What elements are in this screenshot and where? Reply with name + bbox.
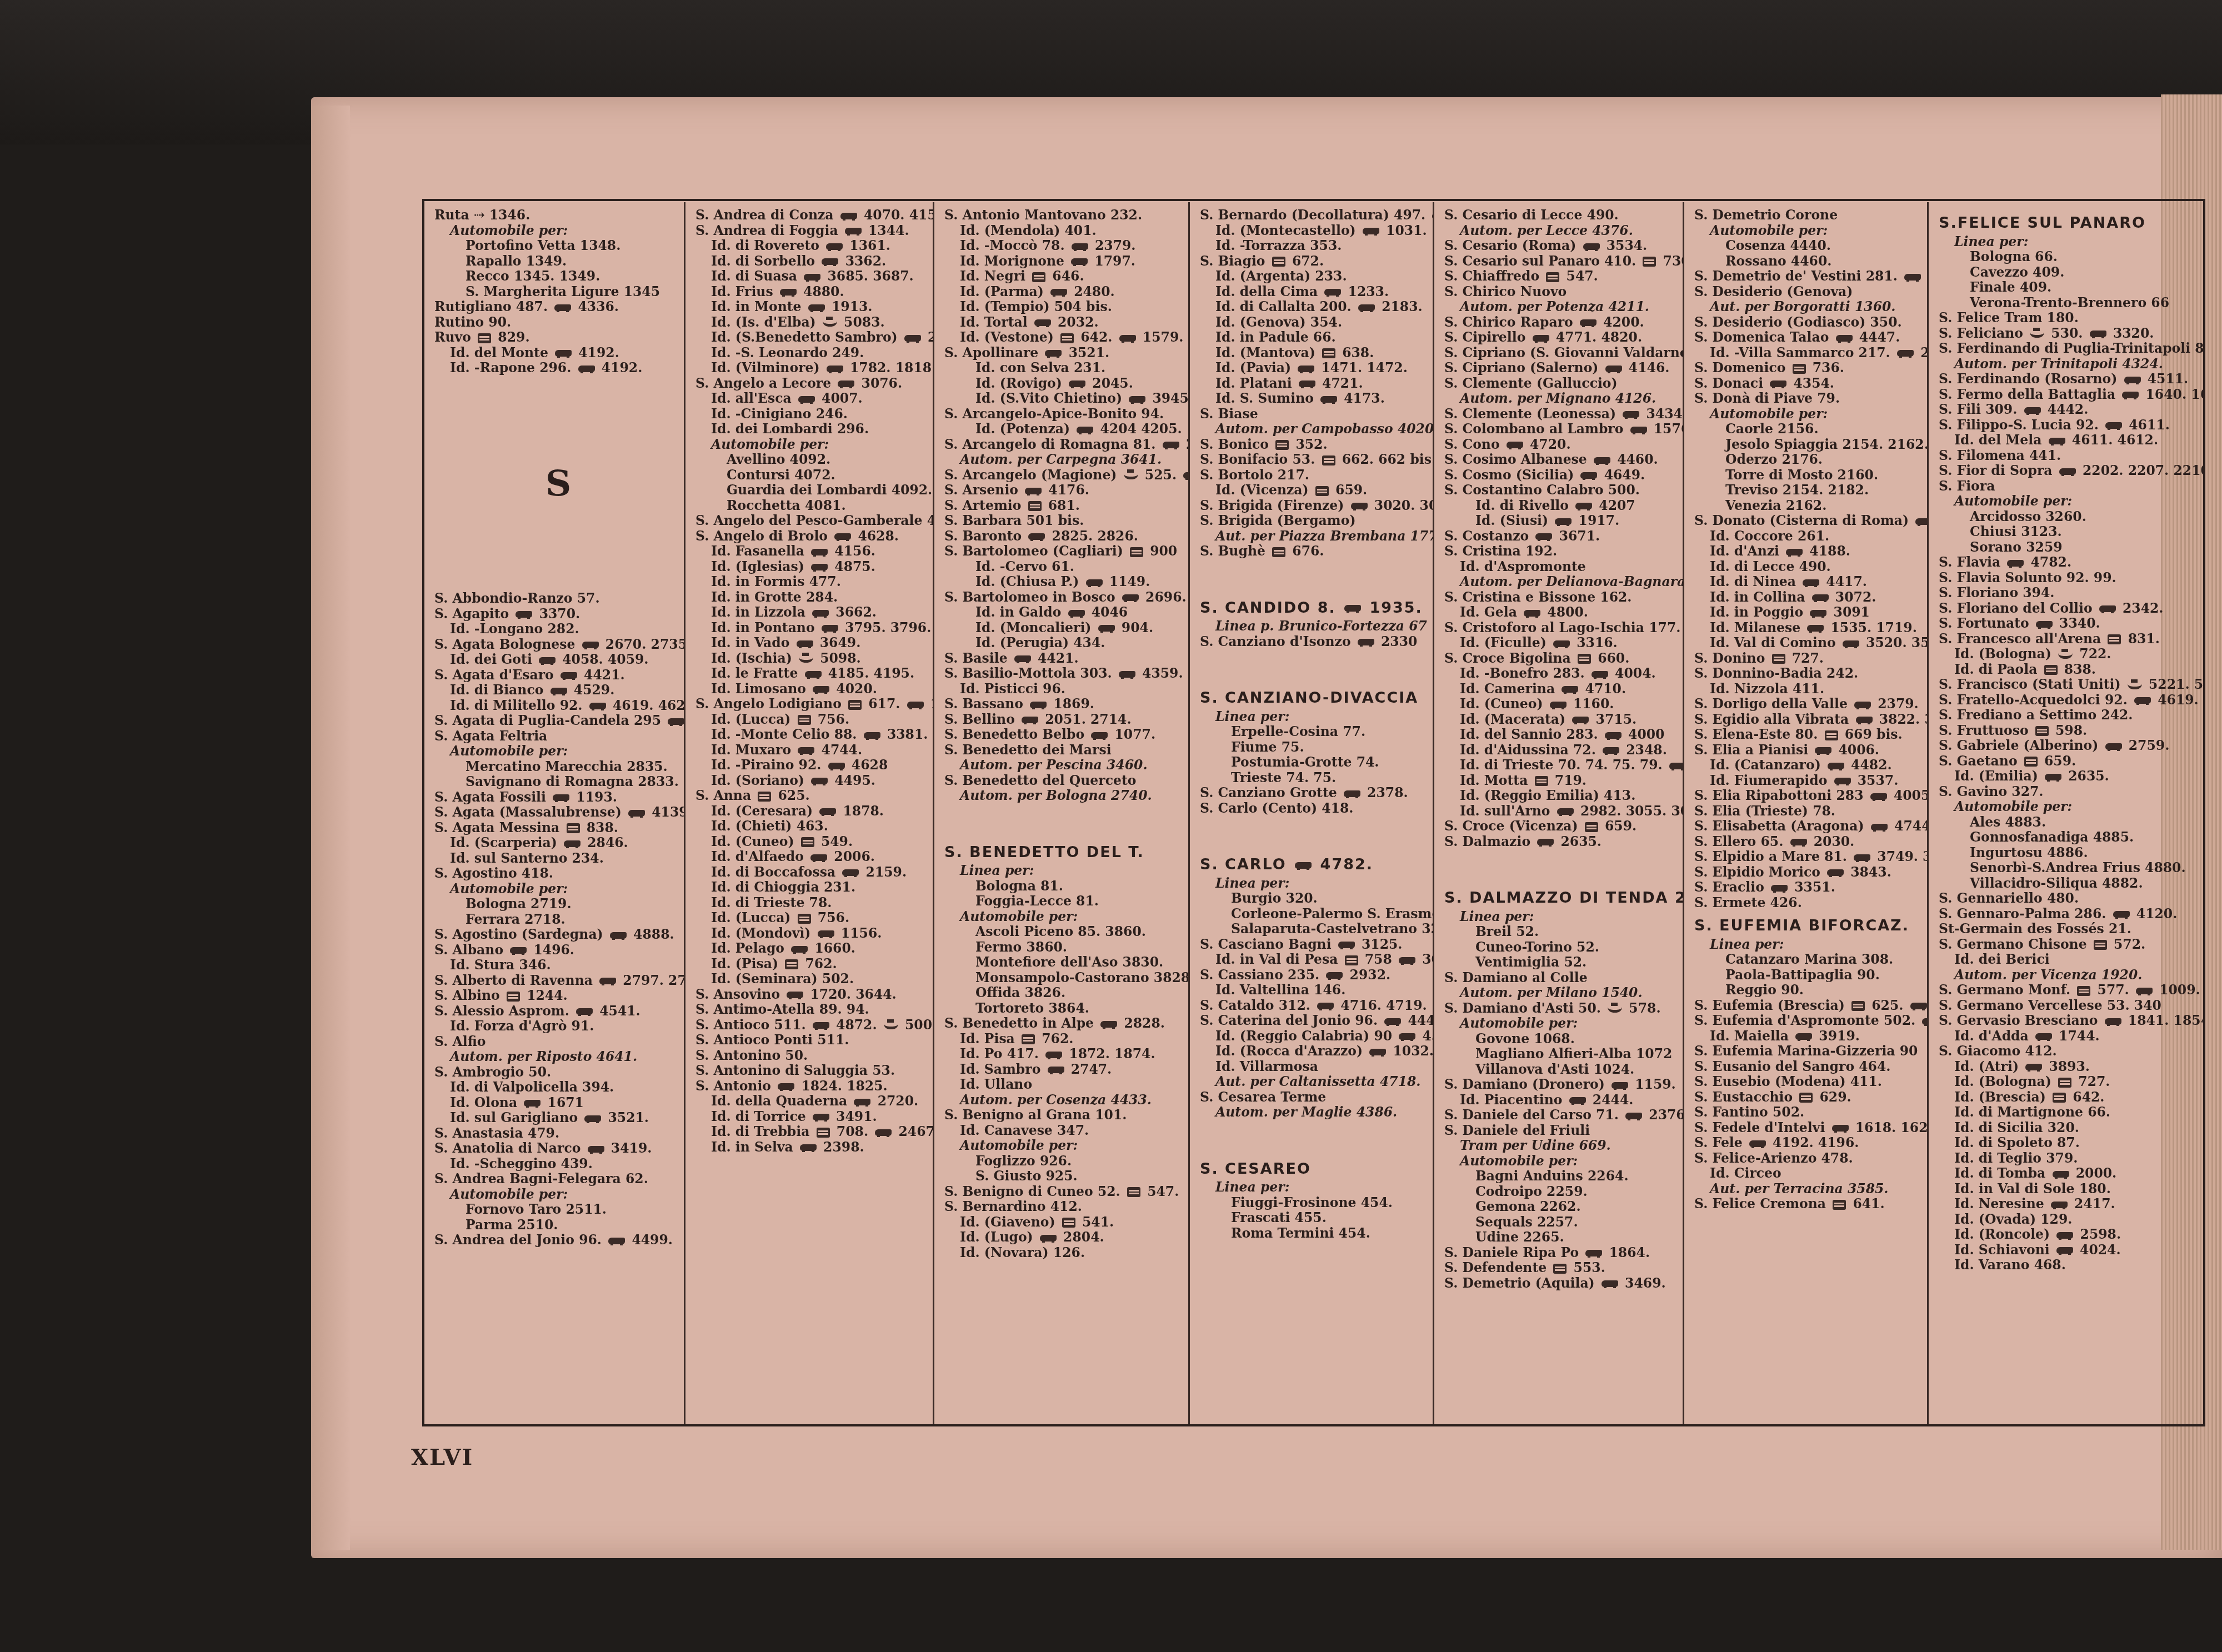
index-entry: Id. (Lugo) 2804. xyxy=(944,1230,1180,1245)
index-entry: Govone 1068. xyxy=(1444,1032,1675,1047)
automobile-icon xyxy=(1358,639,1374,645)
index-entry: Id. -Torrazza 353. xyxy=(1200,238,1425,254)
index-entry: S. Biagio 672. xyxy=(1200,254,1425,269)
index-entry: S. Casciano Bagni 3125. xyxy=(1200,937,1425,953)
index-entry: Id. (Vicenza) 659. xyxy=(1200,483,1425,498)
index-entry: S. Canziano d'Isonzo 2330 xyxy=(1200,634,1425,650)
index-entry: Id. Olona 1671 xyxy=(434,1095,676,1111)
automobile-icon xyxy=(1091,732,1108,739)
automobile-icon xyxy=(2056,1232,2073,1239)
index-entry: S. Bartolomeo (Cagliari) 900 xyxy=(944,544,1180,559)
automobile-icon xyxy=(813,1114,829,1120)
index-entry: S. Brigida (Firenze) 3020. 3022. xyxy=(1200,498,1425,514)
index-entry: Cosenza 4440. xyxy=(1694,238,1919,254)
tram-icon xyxy=(1799,1093,1813,1103)
automobile-icon xyxy=(588,1146,604,1153)
automobile-icon xyxy=(1086,579,1103,586)
automobile-icon xyxy=(555,350,572,357)
index-entry: S. Ellero 65. 2030. xyxy=(1694,834,1919,850)
index-entry: S. Bartolomeo in Bosco 2696. 2716. 2723 xyxy=(944,590,1180,605)
index-entry: Villanova d'Asti 1024. xyxy=(1444,1062,1675,1078)
automobile-icon xyxy=(1069,381,1085,387)
index-entry: Id. in Galdo 4046 xyxy=(944,605,1180,620)
automobile-icon xyxy=(2105,743,2122,750)
index-entry: Ruta ⇢ 1346. xyxy=(434,208,676,223)
tram-icon xyxy=(1032,272,1045,282)
index-entry: Id. dei Lombardi 296. xyxy=(695,422,925,437)
index-entry: S. Albano 1496. xyxy=(434,943,676,958)
index-entry: Id. -Piraino 92. 4628 xyxy=(695,758,925,773)
index-entry: Id. (Giaveno) 541. xyxy=(944,1215,1180,1230)
automobile-icon xyxy=(2036,621,2053,628)
index-entry: Id. (Soriano) 4495. xyxy=(695,773,925,789)
automobile-icon xyxy=(840,213,857,219)
index-entry: S. Elpidio Morico 3843. xyxy=(1694,865,1919,880)
index-entry: S. Canziano Grotte 2378. xyxy=(1200,785,1425,801)
automobile-icon xyxy=(1749,1140,1766,1147)
index-entry: Id. in Pontano 3795. 3796. xyxy=(695,620,925,636)
automobile-icon xyxy=(1535,533,1552,540)
index-entry: Breil 52. xyxy=(1444,924,1675,940)
connection-label: Linea per: xyxy=(1200,876,1425,892)
automobile-icon xyxy=(2136,988,2153,994)
index-entry: S. Bernardino 412. xyxy=(944,1199,1180,1215)
index-entry: S. Andrea del Jonio 96. 4499. xyxy=(434,1233,676,1248)
automobile-icon xyxy=(1770,381,1786,387)
tram-icon xyxy=(567,823,580,833)
automobile-icon xyxy=(1045,1052,1062,1058)
index-entry: Id. Nizzola 411. xyxy=(1694,682,1919,697)
index-entry: Id. (Chieti) 463. xyxy=(695,819,925,834)
ship-icon xyxy=(2030,330,2044,338)
index-entry: S. Cono 4720. xyxy=(1444,437,1675,453)
index-entry: Id. Frius 4880. xyxy=(695,284,925,300)
connection-label: Automobile per: xyxy=(1939,494,2196,509)
index-entry: Id. (S.Benedetto Sambro) 2749. xyxy=(695,330,925,346)
index-entry: Id. d'Adda 1744. xyxy=(1939,1029,2196,1044)
index-entry: Id. (Montecastello) 1031. xyxy=(1200,223,1425,239)
index-entry: Sorano 3259 xyxy=(1939,540,2196,555)
index-entry: Id. Camerina 4710. xyxy=(1444,682,1675,697)
automobile-icon xyxy=(2134,697,2151,704)
tram-icon xyxy=(798,715,811,725)
automobile-icon xyxy=(2059,468,2076,475)
index-entry: S. Daniele del Friuli xyxy=(1444,1123,1675,1139)
index-entry: Fermo 3860. xyxy=(944,940,1180,955)
index-entry: Id. Neresine 2417. xyxy=(1939,1197,2196,1212)
index-entry: S. Francisco (Stati Uniti) 5221. 5295. xyxy=(1939,677,2196,693)
connection-label: Automobile per: xyxy=(944,1138,1180,1154)
index-entry: Id. di Chioggia 231. xyxy=(695,880,925,895)
index-entry: Arcidosso 3260. xyxy=(1939,509,2196,525)
spacer xyxy=(1200,649,1425,683)
automobile-icon xyxy=(1077,427,1093,433)
index-entry: Oderzo 2176. xyxy=(1694,452,1919,468)
index-entry: S. Giacomo 412. xyxy=(1939,1044,2196,1059)
automobile-icon xyxy=(819,808,836,815)
index-entry: Id. di Suasa 3685. 3687. xyxy=(695,269,925,284)
automobile-icon xyxy=(1030,702,1047,708)
automobile-icon xyxy=(564,840,580,847)
index-entry: Villacidro-Siliqua 4882. xyxy=(1939,876,2196,892)
index-entry: Id. Piacentino 2444. xyxy=(1444,1093,1675,1108)
automobile-icon xyxy=(810,854,827,861)
index-entry: S. Frediano a Settimo 242. xyxy=(1939,708,2196,723)
index-entry: Id. sul Santerno 234. xyxy=(434,851,676,867)
index-entry: Id. di Trebbia 708. 2467. xyxy=(695,1124,925,1140)
index-entry: Id. Gela 4800. xyxy=(1444,605,1675,620)
index-entry: S. Germano Vercellese 53. 340 xyxy=(1939,998,2196,1014)
index-entry: Id. (Pisa) 762. xyxy=(695,957,925,972)
index-entry: S. Fruttuoso 598. xyxy=(1939,723,2196,739)
index-entry: Id. Ullano xyxy=(944,1077,1180,1093)
index-entry: Rutino 90. xyxy=(434,315,676,331)
index-entry: S. Demetrio (Aquila) 3469. xyxy=(1444,1276,1675,1291)
index-entry: Id. (Moncalieri) 904. xyxy=(944,620,1180,636)
index-entry: S. Antioco 511. 4872. 5007. 5072. xyxy=(695,1018,925,1033)
tram-icon xyxy=(1772,654,1785,664)
index-entry: S. Cesario (Roma) 3534. xyxy=(1444,238,1675,254)
index-entry: Id. -Scheggino 439. xyxy=(434,1157,676,1172)
connection-label: Linea per: xyxy=(1939,234,2196,250)
index-entry: Id. (Ceresara) 1878. xyxy=(695,804,925,819)
automobile-icon xyxy=(813,1022,829,1029)
automobile-icon xyxy=(1025,488,1042,494)
index-entry: S. Andrea di Foggia 1344. xyxy=(695,223,925,239)
index-entry: S. Benedetto Belbo 1077. xyxy=(944,727,1180,743)
connection-label: Autom. per Carpegna 3641. xyxy=(944,452,1180,468)
index-entry: S. Cesario sul Panaro 410. 730 2616. 267… xyxy=(1444,254,1675,269)
index-entry: S. Ferdinando di Puglia-Trinitapoli 81. xyxy=(1939,341,2196,357)
index-entry: S. Feliciano 530. 3320. xyxy=(1939,326,2196,342)
automobile-icon xyxy=(822,625,838,632)
automobile-icon xyxy=(842,869,859,876)
index-entry: Id. in Grotte 284. xyxy=(695,590,925,605)
automobile-icon xyxy=(1854,702,1871,708)
tram-icon xyxy=(1272,547,1285,557)
index-entry: Id. (Lucca) 756. xyxy=(695,910,925,926)
automobile-icon xyxy=(800,1144,817,1151)
automobile-icon xyxy=(1815,747,1831,754)
index-entry: Ingurtosu 4886. xyxy=(1939,845,2196,861)
tram-icon xyxy=(785,959,798,969)
index-entry: S. Angelo Lodigiano 617. 1555. 1722. xyxy=(695,697,925,712)
index-entry: Id. (Ischia) 5098. xyxy=(695,651,925,667)
index-entry: Bologna 2719. xyxy=(434,897,676,912)
index-entry: Id. in Vado 3649. xyxy=(695,635,925,651)
index-entry: Id. (Mondovì) 1156. xyxy=(695,926,925,942)
index-entry: Verona-Trento-Brennero 66 xyxy=(1939,296,2196,311)
index-entry: S. Desiderio (Genova) xyxy=(1694,284,1919,300)
automobile-icon xyxy=(798,396,815,403)
automobile-icon xyxy=(1344,605,1361,612)
index-entry: S. Andrea Bagni-Felegara 62. xyxy=(434,1172,676,1187)
index-entry: S. Cipriano (S. Giovanni Valdarno) 3132. xyxy=(1444,346,1675,361)
index-entry: Recco 1345. 1349. xyxy=(434,269,676,284)
index-entry: S. Defendente 553. xyxy=(1444,1260,1675,1276)
index-entry: S. Ferdinando (Rosarno) 4511. xyxy=(1939,372,2196,387)
automobile-icon xyxy=(524,1100,541,1107)
index-entry: Bologna 66. xyxy=(1939,249,2196,265)
index-entry: Id. (Genova) 354. xyxy=(1200,315,1425,331)
index-column-7: S.FELICE SUL PANAROLinea per:Bologna 66.… xyxy=(1929,202,2204,1424)
index-entry: Id. Limosano 4020. xyxy=(695,682,925,697)
index-column-6: S. Demetrio CoroneAutomobile per:Cosenza… xyxy=(1684,202,1929,1424)
index-entry: S. Gennaro-Palma 286. 4120. xyxy=(1939,907,2196,922)
index-entry: Id. in Poggio 3091 xyxy=(1694,605,1919,620)
index-entry: Id. della Quaderna 2720. xyxy=(695,1094,925,1109)
automobile-icon xyxy=(1295,862,1312,869)
index-entry: Id. in Padule 66. xyxy=(1200,330,1425,346)
index-entry: Id. Milanese 1535. 1719. xyxy=(1694,620,1919,636)
automobile-icon xyxy=(1344,790,1360,797)
index-entry: Id. (Bologna) 722. xyxy=(1939,647,2196,662)
index-entry: Reggio 90. xyxy=(1694,983,1919,998)
automobile-icon xyxy=(1803,579,1819,586)
index-entry: Chiusi 3123. xyxy=(1939,524,2196,540)
automobile-icon xyxy=(553,794,569,801)
index-entry: S. Alessio Asprom. 4541. xyxy=(434,1004,676,1019)
tram-icon xyxy=(1127,1187,1140,1197)
index-entry: S. Elisabetta (Aragona) 4744. xyxy=(1694,819,1919,834)
index-entry: S. Barbara 501 bis. xyxy=(944,513,1180,529)
automobile-icon xyxy=(2024,407,2041,414)
index-entry: Mercatino Marecchia 2835. xyxy=(434,759,676,775)
index-entry: Id. Sambro 2747. xyxy=(944,1062,1180,1078)
index-entry: Gonnosfanadiga 4885. xyxy=(1939,830,2196,845)
index-entry: S. Ermete 426. xyxy=(1694,895,1919,911)
index-entry: Id. Circeo xyxy=(1694,1166,1919,1182)
index-entry: S. Floriano del Collio 2342. xyxy=(1939,601,2196,617)
connection-label: Automobile per: xyxy=(434,1187,676,1203)
index-entry: Parma 2510. xyxy=(434,1218,676,1233)
automobile-icon xyxy=(1856,717,1873,723)
index-entry: Avellino 4092. xyxy=(695,452,925,468)
index-entry: Id. Schiavoni 4024. xyxy=(1939,1243,2196,1258)
index-entry: S. Antioco Ponti 511. xyxy=(695,1033,925,1048)
index-entry: S. Ambrogio 50. xyxy=(434,1065,676,1080)
tram-icon xyxy=(2044,665,2058,675)
tram-icon xyxy=(1851,1001,1865,1011)
automobile-icon xyxy=(1572,717,1589,723)
automobile-icon xyxy=(1795,1033,1812,1040)
index-entry: S. Daniele Ripa Po 1864. xyxy=(1444,1245,1675,1261)
connection-label: Linea per: xyxy=(1694,937,1919,953)
automobile-icon xyxy=(1299,381,1315,387)
index-entry: S. Desiderio (Godiasco) 350. xyxy=(1694,315,1919,331)
automobile-icon xyxy=(1553,640,1570,647)
index-entry: S. Felice-Arienzo 478. xyxy=(1694,1151,1919,1167)
automobile-icon xyxy=(2105,422,2122,429)
index-entry: S. Donino 727. xyxy=(1694,651,1919,667)
tram-icon xyxy=(1643,257,1656,267)
index-entry: Senorbì-S.Andrea Frius 4880. xyxy=(1939,860,2196,876)
index-entry: Id. dei Berici xyxy=(1939,952,2196,968)
index-entry: Id. (Cuneo) 549. xyxy=(695,834,925,850)
index-entry: Id. -Monte Celio 88. 3381. xyxy=(695,727,925,743)
index-entry: Id. in Lizzola 3662. xyxy=(695,605,925,620)
connection-label: Linea per: xyxy=(1200,709,1425,725)
index-entry: Salaparuta-Castelvetrano 320. xyxy=(1200,922,1425,937)
index-entry: Rocchetta 4081. xyxy=(695,498,925,514)
connection-label: Autom. per Cosenza 4433. xyxy=(944,1093,1180,1108)
index-entry: Id. (Atri) 3893. xyxy=(1939,1059,2196,1075)
automobile-icon xyxy=(1827,869,1844,876)
index-entry: Id. (Catanzaro) 4482. xyxy=(1694,758,1919,773)
automobile-icon xyxy=(2122,392,2139,398)
index-entry: S. Benedetto del Querceto xyxy=(944,773,1180,789)
index-entry: Ferrara 2718. xyxy=(434,912,676,928)
index-entry: Portofino Vetta 1348. xyxy=(434,238,676,254)
index-entry: S. Felice Cremona 641. xyxy=(1694,1197,1919,1212)
automobile-icon xyxy=(510,947,527,954)
index-entry: Id. Po 417. 1872. 1874. xyxy=(944,1047,1180,1062)
automobile-icon xyxy=(1910,1003,1927,1009)
index-entry: S. Agata d'Esaro 4421. xyxy=(434,668,676,683)
automobile-icon xyxy=(838,381,854,387)
index-entry: S. Cesarea Terme xyxy=(1200,1090,1425,1105)
tram-icon xyxy=(1028,501,1042,511)
tram-icon xyxy=(1315,486,1329,496)
index-entry: S. Chirico Raparo 4200. xyxy=(1444,315,1675,331)
automobile-icon xyxy=(2099,605,2116,612)
index-entry: S. Eusebio (Modena) 411. xyxy=(1694,1074,1919,1090)
automobile-icon xyxy=(1580,319,1597,326)
index-entry: S. Costantino Calabro 500. xyxy=(1444,483,1675,498)
tram-icon xyxy=(1793,364,1806,374)
index-entry: Id. (Mendola) 401. xyxy=(944,223,1180,239)
index-entry: Id. (Ovada) 129. xyxy=(1939,1212,2196,1228)
index-entry: S. Cristina 192. xyxy=(1444,544,1675,559)
index-entry: Id. (Cuneo) 1160. xyxy=(1444,697,1675,712)
automobile-icon xyxy=(539,657,555,664)
automobile-icon xyxy=(822,258,838,265)
index-entry: S. Eustacchio 629. xyxy=(1694,1090,1919,1105)
index-entry: Id. dei Goti 4058. 4059. xyxy=(434,652,676,668)
index-entry: Id. Pelago 1660. xyxy=(695,941,925,957)
index-entry: Id. del Sannio 283. 4000 xyxy=(1444,727,1675,743)
index-entry: Id. di Paola 838. xyxy=(1939,662,2196,678)
automobile-icon xyxy=(668,718,684,725)
index-entry: Fiume 75. xyxy=(1200,740,1425,755)
index-entry: S. Bortolo 217. xyxy=(1200,468,1425,483)
automobile-icon xyxy=(907,702,924,708)
automobile-icon xyxy=(811,564,828,570)
tram-icon xyxy=(1130,547,1143,557)
index-entry: Id. S. Sumino 4173. xyxy=(1200,391,1425,407)
tram-icon xyxy=(2035,726,2049,736)
index-entry: Id. -Villa Sammarco 217. 2371. xyxy=(1694,346,1919,361)
automobile-icon xyxy=(791,946,808,953)
index-entry: Id. in Collina 3072. xyxy=(1694,590,1919,605)
index-entry: Id. in Val di Sole 180. xyxy=(1939,1182,2196,1197)
index-entry: S. Antonio Mantovano 232. xyxy=(944,208,1180,223)
automobile-icon xyxy=(1854,854,1870,861)
page-gutter xyxy=(311,106,350,1550)
index-entry: Id. d'Anzi 4188. xyxy=(1694,544,1919,559)
spacer xyxy=(1200,1120,1425,1154)
automobile-icon xyxy=(589,703,606,709)
automobile-icon xyxy=(808,304,825,311)
index-entry: Id. Pisa 762. xyxy=(944,1032,1180,1047)
automobile-icon xyxy=(1122,594,1139,601)
automobile-icon xyxy=(1594,457,1610,464)
spacer xyxy=(1200,816,1425,849)
index-entry: S. Basile 4421. xyxy=(944,651,1180,667)
ship-icon xyxy=(799,655,813,663)
automobile-icon xyxy=(797,640,813,647)
index-entry: Torre di Mosto 2160. xyxy=(1694,468,1919,483)
index-entry: S. Angelo del Pesco-Gamberale 464. xyxy=(695,513,925,529)
connection-label: Autom. per Riposto 4641. xyxy=(434,1049,676,1065)
connection-label: Autom. per Bologna 2740. xyxy=(944,788,1180,804)
index-entry: Id. (Rovigo) 2045. xyxy=(944,376,1180,392)
connection-label: Aut. per Piazza Brembana 1776. xyxy=(1200,529,1425,544)
index-entry: S. Damiano d'Asti 50. 578. xyxy=(1444,1001,1675,1017)
automobile-icon xyxy=(778,1083,794,1090)
automobile-icon xyxy=(1028,533,1045,540)
index-entry: S. Cataldo 312. 4716. 4719. xyxy=(1200,998,1425,1014)
station-heading: S. EUFEMIA BIFORCAZ. xyxy=(1694,918,1919,934)
index-entry: S. Cassiano 235. 2932. xyxy=(1200,968,1425,983)
index-entry: S. Domenica Talao 4447. xyxy=(1694,330,1919,346)
ship-icon xyxy=(884,1022,898,1029)
index-entry: S. Gennariello 480. xyxy=(1939,891,2196,907)
automobile-icon xyxy=(1810,610,1826,617)
automobile-icon xyxy=(1786,549,1803,555)
index-entry: S. Croce (Vicenza) 659. xyxy=(1444,819,1675,834)
index-entry: S. Flavia Solunto 92. 99. xyxy=(1939,570,2196,586)
index-entry: Id. (Macerata) 3715. xyxy=(1444,712,1675,728)
index-entry: Id. (Pavia) 1471. 1472. xyxy=(1200,361,1425,376)
automobile-icon xyxy=(551,688,567,694)
index-entry: S. Costanzo 3671. xyxy=(1444,529,1675,544)
index-entry: Id. del Monte 4192. xyxy=(434,346,676,361)
index-entry: S. Agostino (Sardegna) 4888. xyxy=(434,927,676,943)
index-entry: S. Elpidio a Mare 81. 3749. 3750. xyxy=(1694,849,1919,865)
index-entry: S. Albino 1244. xyxy=(434,988,676,1004)
index-entry: S. Agata Fossili 1193. xyxy=(434,790,676,805)
automobile-icon xyxy=(1897,350,1914,357)
index-entry: Id. di Boccafossa 2159. xyxy=(695,865,925,880)
automobile-icon xyxy=(599,978,616,984)
index-entry: S. Gervasio Bresciano 1841. 1854. xyxy=(1939,1013,2196,1029)
index-entry: Catanzaro Marina 308. xyxy=(1694,952,1919,968)
index-entry: S. Cristoforo al Lago-Ischia 177. xyxy=(1444,620,1675,636)
index-entry: Id. Val di Comino 3520. 3523. xyxy=(1694,635,1919,651)
index-entry: S. Arsenio 4176. xyxy=(944,483,1180,498)
index-entry: S. Egidio alla Vibrata 3822. 3861. xyxy=(1694,712,1919,728)
index-entry: S. Dalmazio 2635. xyxy=(1444,834,1675,850)
index-entry: Id. (Vilminore) 1782. 1818. xyxy=(695,361,925,376)
index-entry: Foggia-Lecce 81. xyxy=(944,894,1180,909)
automobile-icon xyxy=(578,366,595,372)
index-entry: S. Alberto di Ravenna 2797. 2798. xyxy=(434,973,676,989)
automobile-icon xyxy=(2045,774,2061,780)
tram-icon xyxy=(1062,1218,1075,1228)
index-entry: Id. (Roncole) 2598. xyxy=(1939,1227,2196,1243)
index-entry: Burgio 320. xyxy=(1200,891,1425,907)
automobile-icon xyxy=(1320,396,1337,403)
index-entry: S. Germano Chisone 572. xyxy=(1939,937,2196,953)
automobile-icon xyxy=(1557,808,1574,815)
index-entry: S. Ansovino 1720. 3644. xyxy=(695,987,925,1003)
index-entry: Id. -Moccò 78. 2379. xyxy=(944,238,1180,254)
index-entry: Id. d'Alfaedo 2006. xyxy=(695,849,925,865)
automobile-icon xyxy=(1922,1018,1929,1025)
automobile-icon xyxy=(1119,671,1135,678)
automobile-icon xyxy=(834,533,851,540)
